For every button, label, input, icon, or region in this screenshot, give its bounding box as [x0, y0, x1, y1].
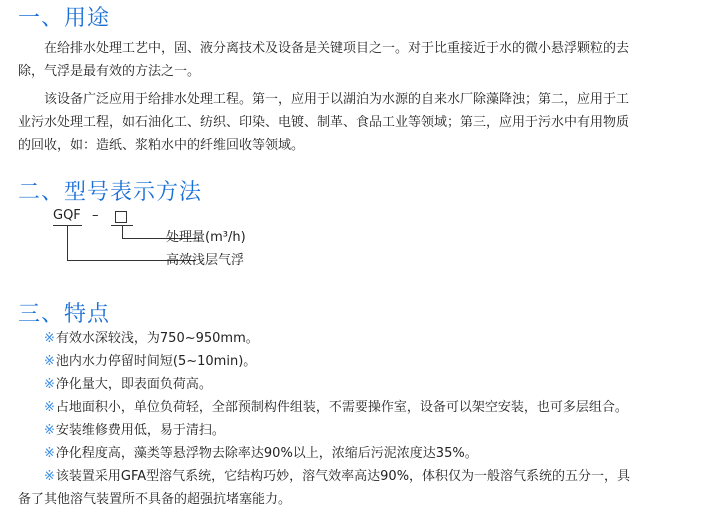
usage-para2-line3: 的回收，如：造纸、浆粕水中的纤维回收等领域。	[18, 134, 698, 157]
reference-mark-icon: ※	[44, 469, 55, 484]
reference-mark-icon: ※	[44, 446, 55, 461]
usage-para2-line2: 业污水处理工程，如石油化工、纺织、印染、电镀、制革、食品工业等领域；第三，应用于…	[18, 111, 698, 134]
placeholder-box	[115, 211, 127, 223]
capacity-label: 处理量(m³/h)	[166, 230, 246, 246]
feature-item: ※净化程度高，藻类等悬浮物去除率达90%以上，浓缩后污泥浓度达35%。	[44, 442, 478, 465]
section-heading-model-notation: 二、型号表示方法	[18, 180, 202, 206]
model-dash: –	[92, 208, 99, 224]
feature-item: ※池内水力停留时间短(5~10min)。	[44, 350, 256, 373]
section-heading-usage: 一、用途	[18, 6, 110, 32]
feature-item-continuation: 备了其他溶气装置所不具备的超强抗堵塞能力。	[18, 488, 291, 511]
usage-para2-line1: 该设备广泛应用于给排水处理工程。第一，应用于以湖泊为水源的自来水厂除藻降浊；第二…	[18, 88, 698, 111]
usage-para1-line2: 除，气浮是最有效的方法之一。	[18, 60, 698, 83]
reference-mark-icon: ※	[44, 423, 55, 438]
reference-mark-icon: ※	[44, 400, 55, 415]
model-notation-diagram: GQF – 处理量(m³/h) 高效浅层气浮	[40, 208, 300, 272]
type-connector-vertical	[67, 225, 68, 260]
model-code: GQF	[53, 208, 81, 224]
feature-item: ※有效水深较浅，为750~950mm。	[44, 327, 259, 350]
reference-mark-icon: ※	[44, 377, 55, 392]
usage-para1-line1: 在给排水处理工艺中，固、液分离技术及设备是关键项目之一。对于比重接近于水的微小悬…	[18, 37, 698, 60]
feature-item: ※净化量大，即表面负荷高。	[44, 373, 212, 396]
reference-mark-icon: ※	[44, 331, 55, 346]
usage-paragraph-2: 该设备广泛应用于给排水处理工程。第一，应用于以湖泊为水源的自来水厂除藻降浊；第二…	[18, 88, 698, 157]
section-heading-features: 三、特点	[18, 302, 110, 328]
usage-paragraph-1: 在给排水处理工艺中，固、液分离技术及设备是关键项目之一。对于比重接近于水的微小悬…	[18, 37, 698, 83]
feature-item: ※安装维修费用低，易于清扫。	[44, 419, 225, 442]
feature-item: ※该装置采用GFA型溶气系统，它结构巧妙，溶气效率高达90%，体积仅为一般溶气系…	[44, 465, 630, 488]
reference-mark-icon: ※	[44, 354, 55, 369]
capacity-connector-vertical	[122, 225, 123, 238]
type-label: 高效浅层气浮	[166, 253, 244, 269]
feature-item: ※占地面积小，单位负荷轻，全部预制构件组装，不需要操作室，设备可以架空安装，也可…	[44, 396, 628, 419]
